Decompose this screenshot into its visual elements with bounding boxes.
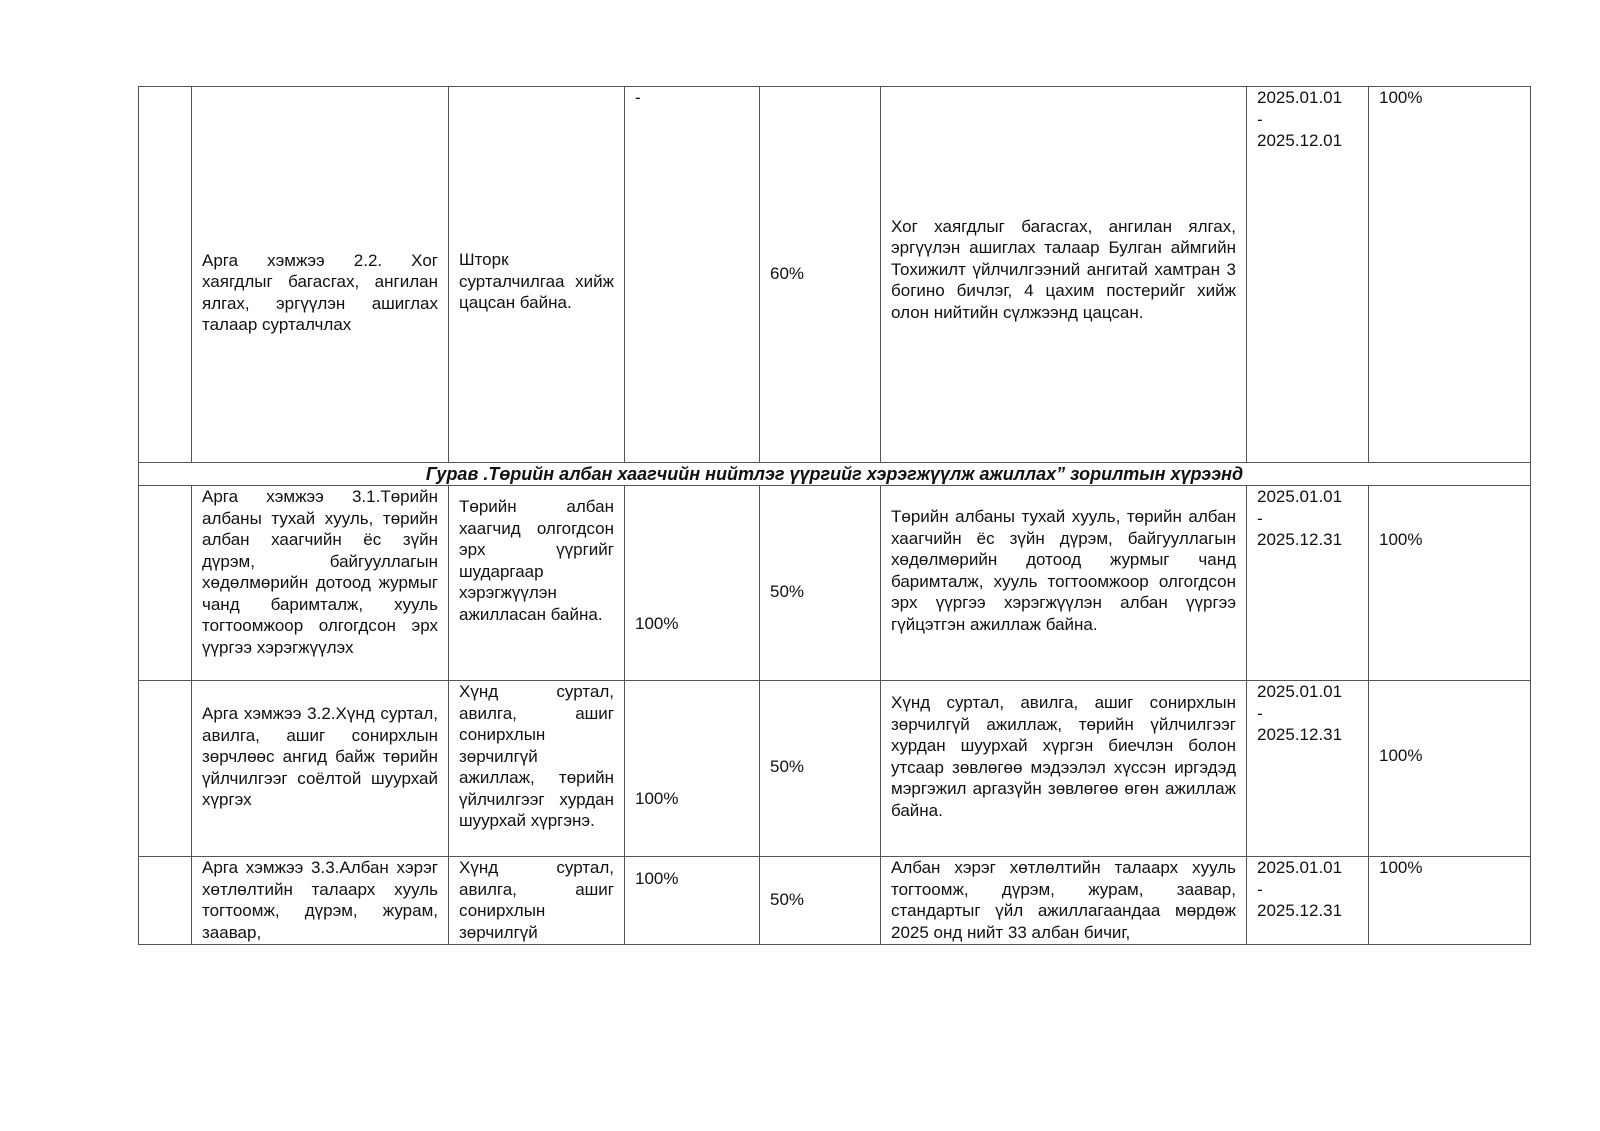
description-cell: Төрийн албаны тухай хууль, төрийн албан … — [881, 486, 1247, 681]
score-text: 100% — [1379, 745, 1520, 767]
measure-cell: Арга хэмжээ 3.1.Төрийн албаны тухай хуул… — [192, 486, 449, 681]
action-plan-table: Арга хэмжээ 2.2. Хог хаягдлыг багасгах, … — [138, 86, 1531, 945]
date-start: 2025.01.01 — [1257, 486, 1358, 508]
performance-text: 60% — [770, 263, 870, 285]
performance-text: 50% — [770, 756, 870, 778]
date-range-cell: 2025.01.01 - 2025.12.31 — [1247, 857, 1369, 945]
score-cell: 100% — [1369, 486, 1531, 681]
row-number-cell — [139, 681, 192, 857]
description-text: Хог хаягдлыг багасгах, ангилан ялгах, эр… — [891, 216, 1236, 324]
performance-cell: 50% — [760, 857, 881, 945]
score-cell: 100% — [1369, 857, 1531, 945]
performance-text: 50% — [770, 581, 870, 603]
performance-cell: 60% — [760, 87, 881, 463]
date-separator: - — [1257, 508, 1358, 530]
target-cell: - — [625, 87, 760, 463]
date-separator: - — [1257, 879, 1358, 901]
measure-cell: Арга хэмжээ 3.3.Албан хэрэг хөтлөлтийн т… — [192, 857, 449, 945]
date-start: 2025.01.01 — [1257, 857, 1358, 879]
measure-text: Арга хэмжээ 2.2. Хог хаягдлыг багасгах, … — [202, 250, 438, 336]
section-heading: Гурав .Төрийн албан хаагчийн нийтлэг үүр… — [139, 463, 1531, 486]
expected-result-text: Шторк сурталчилгаа хийж цацсан байна. — [459, 249, 614, 314]
measure-text: Арга хэмжээ 3.2.Хүнд суртал, авилга, аши… — [202, 703, 438, 811]
date-separator: - — [1257, 703, 1358, 725]
performance-text: 50% — [770, 889, 870, 911]
table-row: Арга хэмжээ 3.3.Албан хэрэг хөтлөлтийн т… — [139, 857, 1531, 945]
performance-cell: 50% — [760, 486, 881, 681]
target-text: 100% — [635, 868, 749, 890]
expected-result-text: Хүнд суртал, авилга, ашиг сонирхлын зөрч… — [459, 857, 614, 943]
target-cell: 100% — [625, 681, 760, 857]
date-start: 2025.01.01 — [1257, 87, 1358, 109]
row-number-cell — [139, 486, 192, 681]
target-text: 100% — [635, 613, 749, 635]
table-row: Арга хэмжээ 3.2.Хүнд суртал, авилга, аши… — [139, 681, 1531, 857]
table-row: Арга хэмжээ 2.2. Хог хаягдлыг багасгах, … — [139, 87, 1531, 463]
date-separator: - — [1257, 109, 1358, 131]
target-cell: 100% — [625, 857, 760, 945]
target-text: 100% — [635, 788, 749, 810]
expected-result-cell: Шторк сурталчилгаа хийж цацсан байна. — [449, 87, 625, 463]
score-text: 100% — [1379, 529, 1520, 551]
expected-result-cell: Хүнд суртал, авилга, ашиг сонирхлын зөрч… — [449, 681, 625, 857]
date-range-cell: 2025.01.01 - 2025.12.31 — [1247, 486, 1369, 681]
score-text: 100% — [1379, 857, 1520, 879]
target-cell: 100% — [625, 486, 760, 681]
date-end: 2025.12.31 — [1257, 724, 1358, 746]
description-text: Албан хэрэг хөтлөлтийн талаарх хууль тог… — [891, 857, 1236, 943]
date-start: 2025.01.01 — [1257, 681, 1358, 703]
measure-cell: Арга хэмжээ 3.2.Хүнд суртал, авилга, аши… — [192, 681, 449, 857]
section-heading-row: Гурав .Төрийн албан хаагчийн нийтлэг үүр… — [139, 463, 1531, 486]
date-range-cell: 2025.01.01 - 2025.12.01 — [1247, 87, 1369, 463]
expected-result-cell: Хүнд суртал, авилга, ашиг сонирхлын зөрч… — [449, 857, 625, 945]
score-cell: 100% — [1369, 681, 1531, 857]
date-end: 2025.12.31 — [1257, 529, 1358, 551]
row-number-cell — [139, 857, 192, 945]
description-text: Хүнд суртал, авилга, ашиг сонирхлын зөрч… — [891, 692, 1236, 821]
date-range-cell: 2025.01.01 - 2025.12.31 — [1247, 681, 1369, 857]
measure-text: Арга хэмжээ 3.3.Албан хэрэг хөтлөлтийн т… — [202, 857, 438, 943]
date-end: 2025.12.31 — [1257, 900, 1358, 922]
description-cell: Албан хэрэг хөтлөлтийн талаарх хууль тог… — [881, 857, 1247, 945]
description-text: Төрийн албаны тухай хууль, төрийн албан … — [891, 506, 1236, 635]
expected-result-text: Төрийн албан хаагчид олгогдсон эрх үүрги… — [459, 496, 614, 625]
description-cell: Хүнд суртал, авилга, ашиг сонирхлын зөрч… — [881, 681, 1247, 857]
expected-result-cell: Төрийн албан хаагчид олгогдсон эрх үүрги… — [449, 486, 625, 681]
table-row: Арга хэмжээ 3.1.Төрийн албаны тухай хуул… — [139, 486, 1531, 681]
document-page: Арга хэмжээ 2.2. Хог хаягдлыг багасгах, … — [0, 0, 1600, 1131]
measure-cell: Арга хэмжээ 2.2. Хог хаягдлыг багасгах, … — [192, 87, 449, 463]
row-number-cell — [139, 87, 192, 463]
date-end: 2025.12.01 — [1257, 130, 1358, 152]
description-cell: Хог хаягдлыг багасгах, ангилан ялгах, эр… — [881, 87, 1247, 463]
performance-cell: 50% — [760, 681, 881, 857]
score-cell: 100% — [1369, 87, 1531, 463]
